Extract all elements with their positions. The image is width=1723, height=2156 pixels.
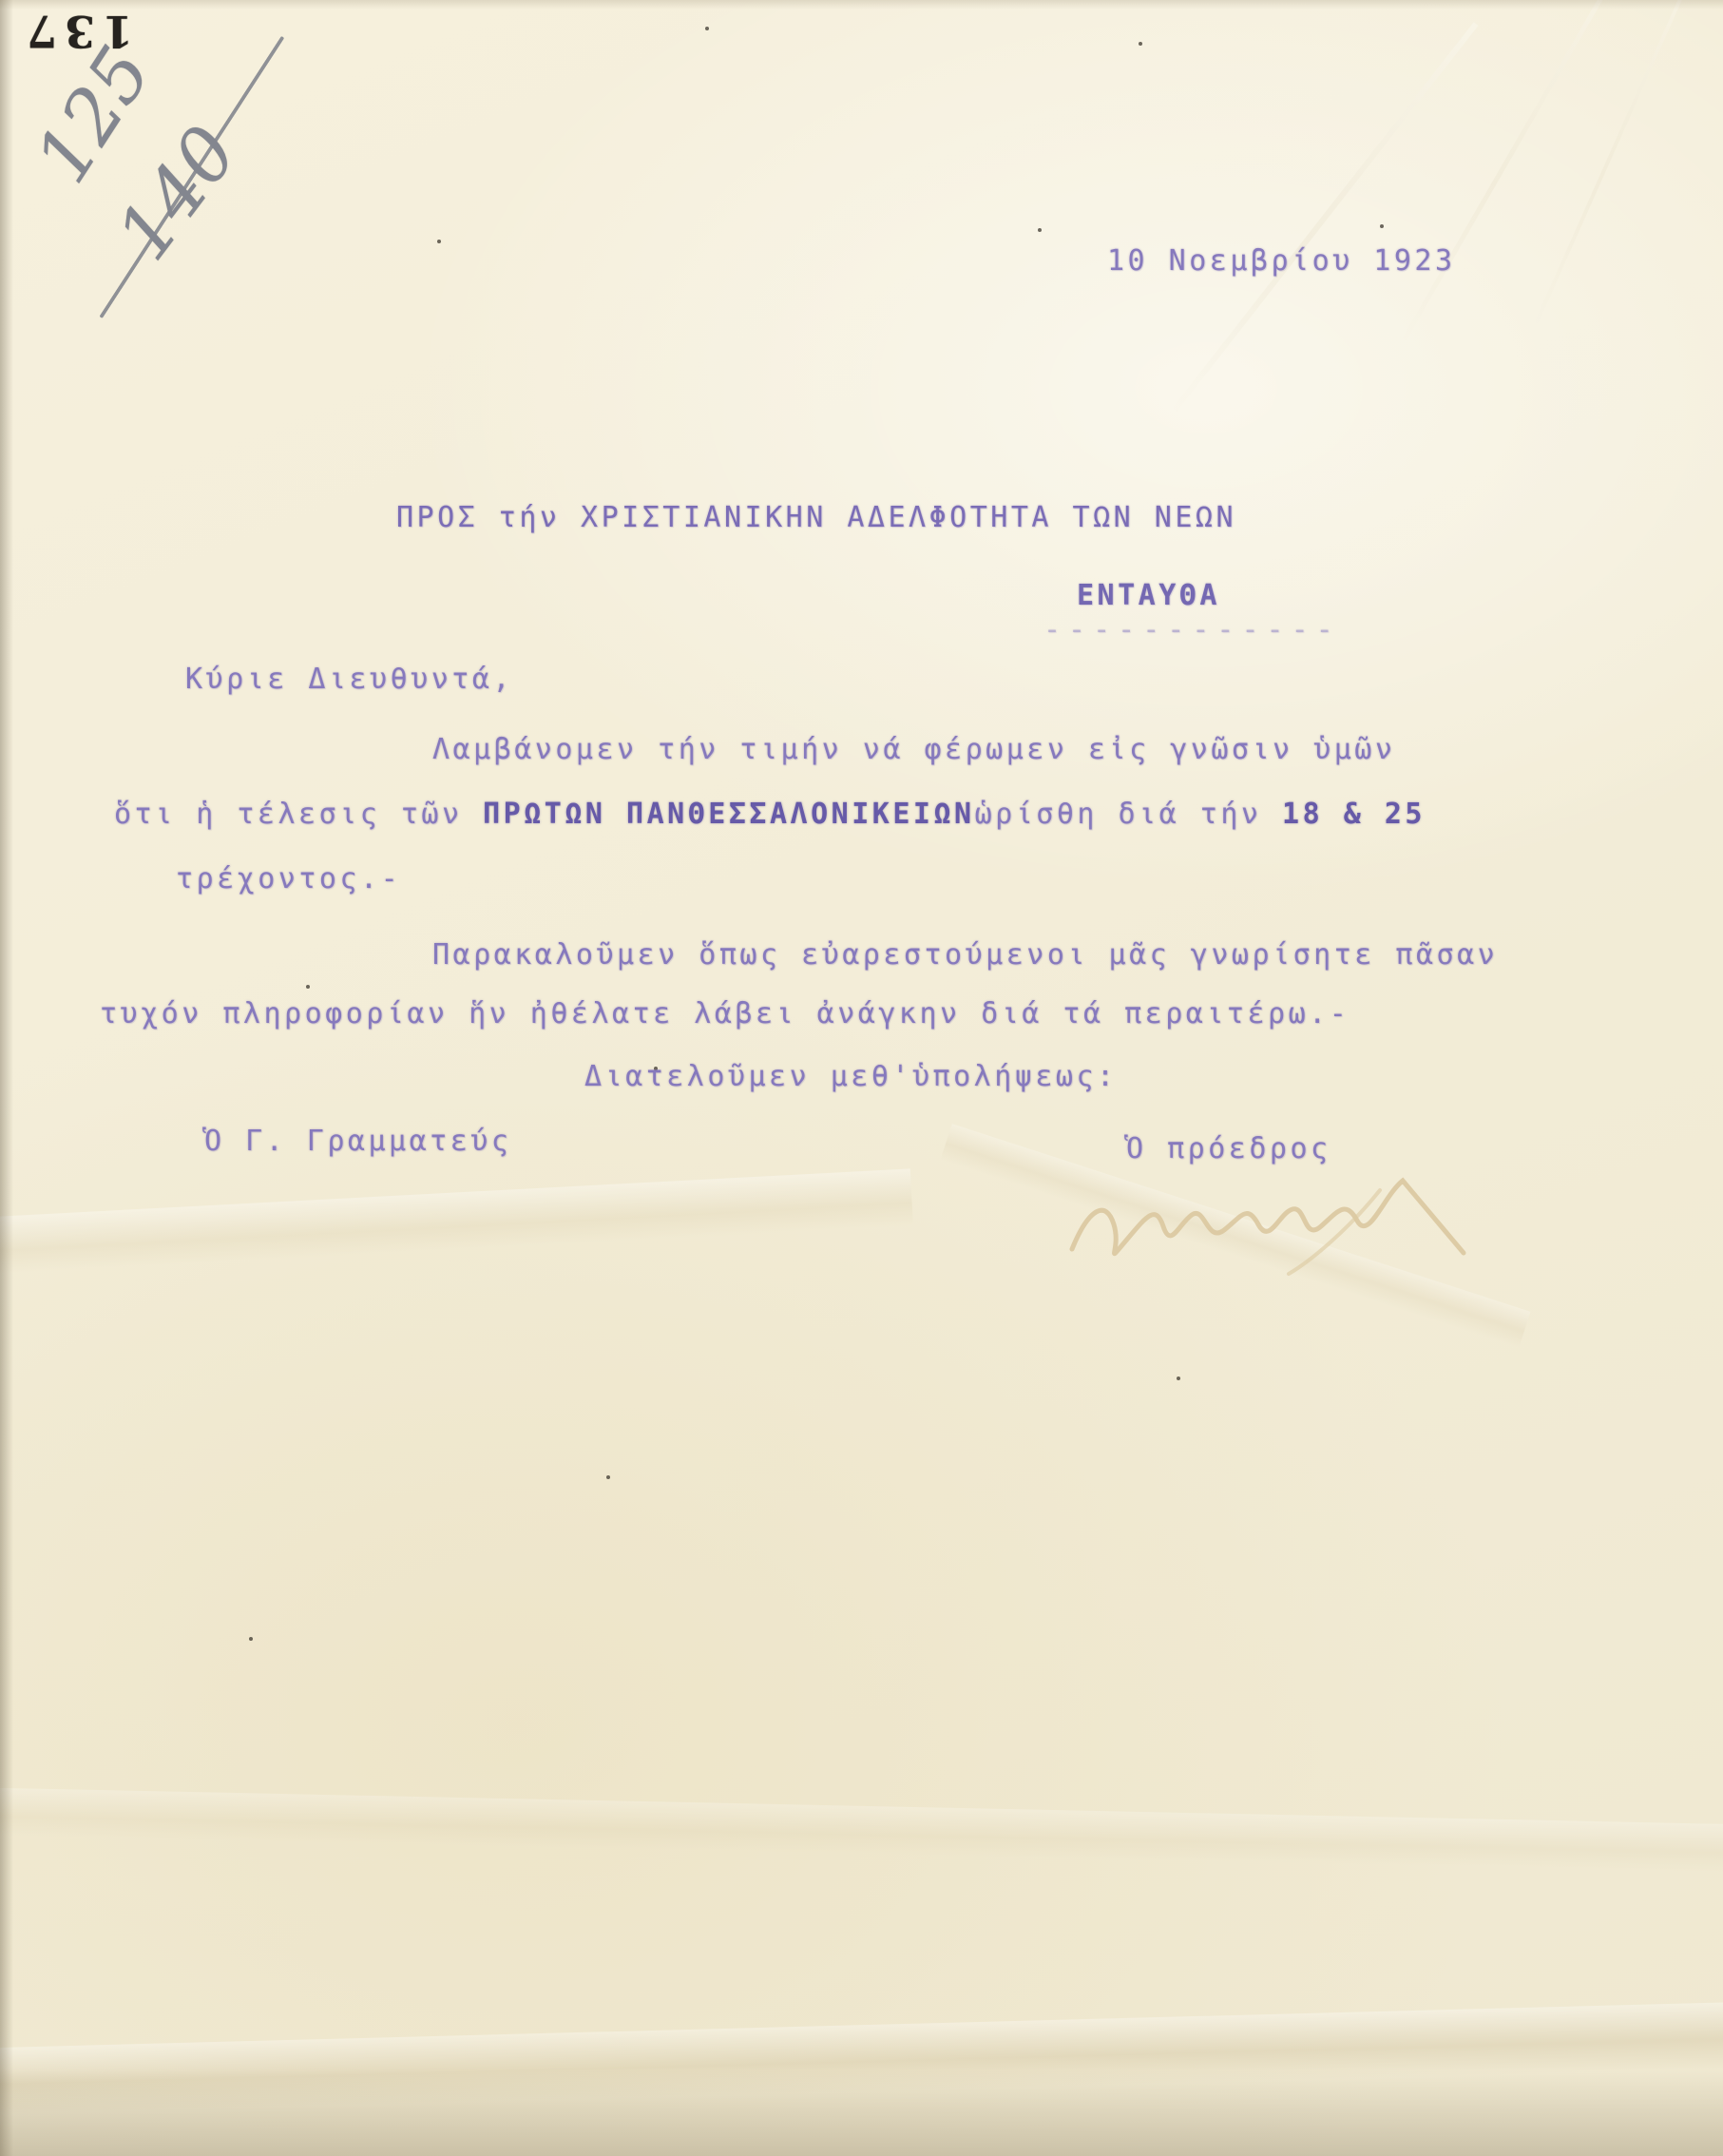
- p1l2-pre: ὅτι ἡ τέλεσις τῶν: [114, 798, 483, 831]
- body-paragraph1-line1: Λαμβάνομεν τήν τιμήν νά φέρωμεν εἰς γνῶσ…: [432, 734, 1395, 765]
- crease-top-right-1: [1170, 22, 1479, 414]
- recipient-line: ΠΡΟΣ τήν ΧΡΙΣΤΙΑΝΙΚΗΝ ΑΔΕΛΦΟΤΗΤΑ ΤΩΝ ΝΕΩ…: [396, 502, 1236, 533]
- divider-dashes: ------------: [1043, 614, 1341, 645]
- signature-title-president: Ὁ πρόεδρος: [1126, 1133, 1331, 1165]
- scan-edge-left: [0, 0, 13, 2156]
- p1l2-dates: 18 & 25: [1282, 798, 1426, 831]
- crease-top-right-2: [1400, 0, 1608, 344]
- p1l2-mid: ὡρίσθη διά τήν: [975, 798, 1282, 831]
- crease-top-right-3: [1533, 0, 1683, 327]
- scan-edge-top: [0, 0, 1723, 10]
- crease-lower-1: [0, 1788, 1723, 1873]
- body-paragraph1-line2: ὅτι ἡ τέλεσις τῶν ΠΡΩΤΩΝ ΠΑΝΘΕΣΣΑΛΟΝΙΚΕΙ…: [114, 799, 1426, 830]
- body-paragraph2-line1: Παρακαλοῦμεν ὅπως εὐαρεστούμενοι μᾶς γνω…: [432, 939, 1498, 971]
- recipient-place: ΕΝΤΑΥΘΑ: [1077, 580, 1220, 611]
- crease-mid-left: [0, 1168, 913, 1274]
- scanned-letter-page: 137 125 140 10 Νοεμβρίου 1923 ΠΡΟΣ τήν Χ…: [0, 0, 1723, 2156]
- closing-line: Διατελοῦμεν μεθ'ὑπολήψεως:: [584, 1061, 1118, 1092]
- president-signature-scribble: [1064, 1162, 1502, 1285]
- signature-title-secretary: Ὁ Γ. Γραμματεύς: [204, 1126, 511, 1157]
- letter-date: 10 Νοεμβρίου 1923: [1107, 245, 1456, 277]
- body-paragraph1-line3: τρέχοντος.-: [176, 863, 401, 895]
- body-paragraph2-line2: τυχόν πληροφορίαν ἥν ἠθέλατε λάβει ἀνάγκ…: [100, 998, 1350, 1030]
- salutation: Κύριε Διευθυντά,: [185, 664, 513, 695]
- scan-edge-bottom: [0, 2070, 1723, 2156]
- p1l2-event-name: ΠΡΩΤΩΝ ΠΑΝΘΕΣΣΑΛΟΝΙΚΕΙΩΝ: [483, 798, 974, 831]
